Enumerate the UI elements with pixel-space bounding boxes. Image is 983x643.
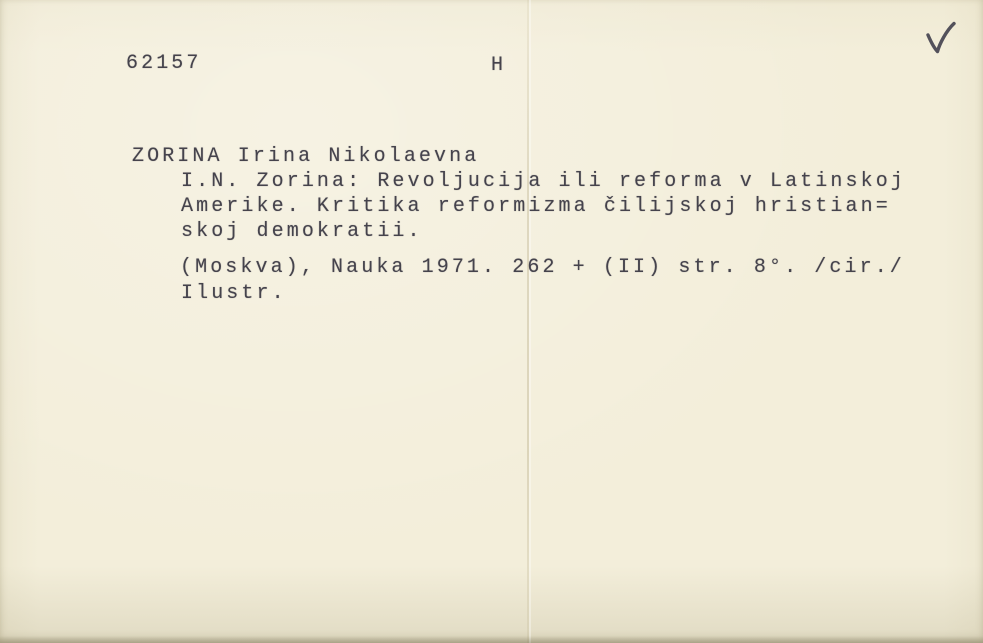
vertical-crease-highlight [529, 0, 531, 643]
imprint-line: (Moskva), Nauka 1971. 262 + (II) str. 8°… [180, 256, 905, 279]
illustration-note: Ilustr. [181, 282, 287, 305]
title-line-3: skoj demokratii. [181, 220, 423, 243]
author-heading: ZORINA Irina Nikolaevna [132, 145, 479, 168]
card-bottom-edge-shadow [0, 636, 983, 643]
title-line-1: I.N. Zorina: Revoljucija ili reforma v L… [181, 170, 906, 193]
title-line-2: Amerike. Kritika reformizma čilijskoj hr… [181, 195, 891, 218]
check-mark-icon [925, 20, 959, 60]
catalog-number: 62157 [126, 52, 202, 75]
catalog-card: 62157 H ZORINA Irina Nikolaevna I.N. Zor… [0, 0, 983, 643]
heading-letter: H [491, 54, 506, 77]
